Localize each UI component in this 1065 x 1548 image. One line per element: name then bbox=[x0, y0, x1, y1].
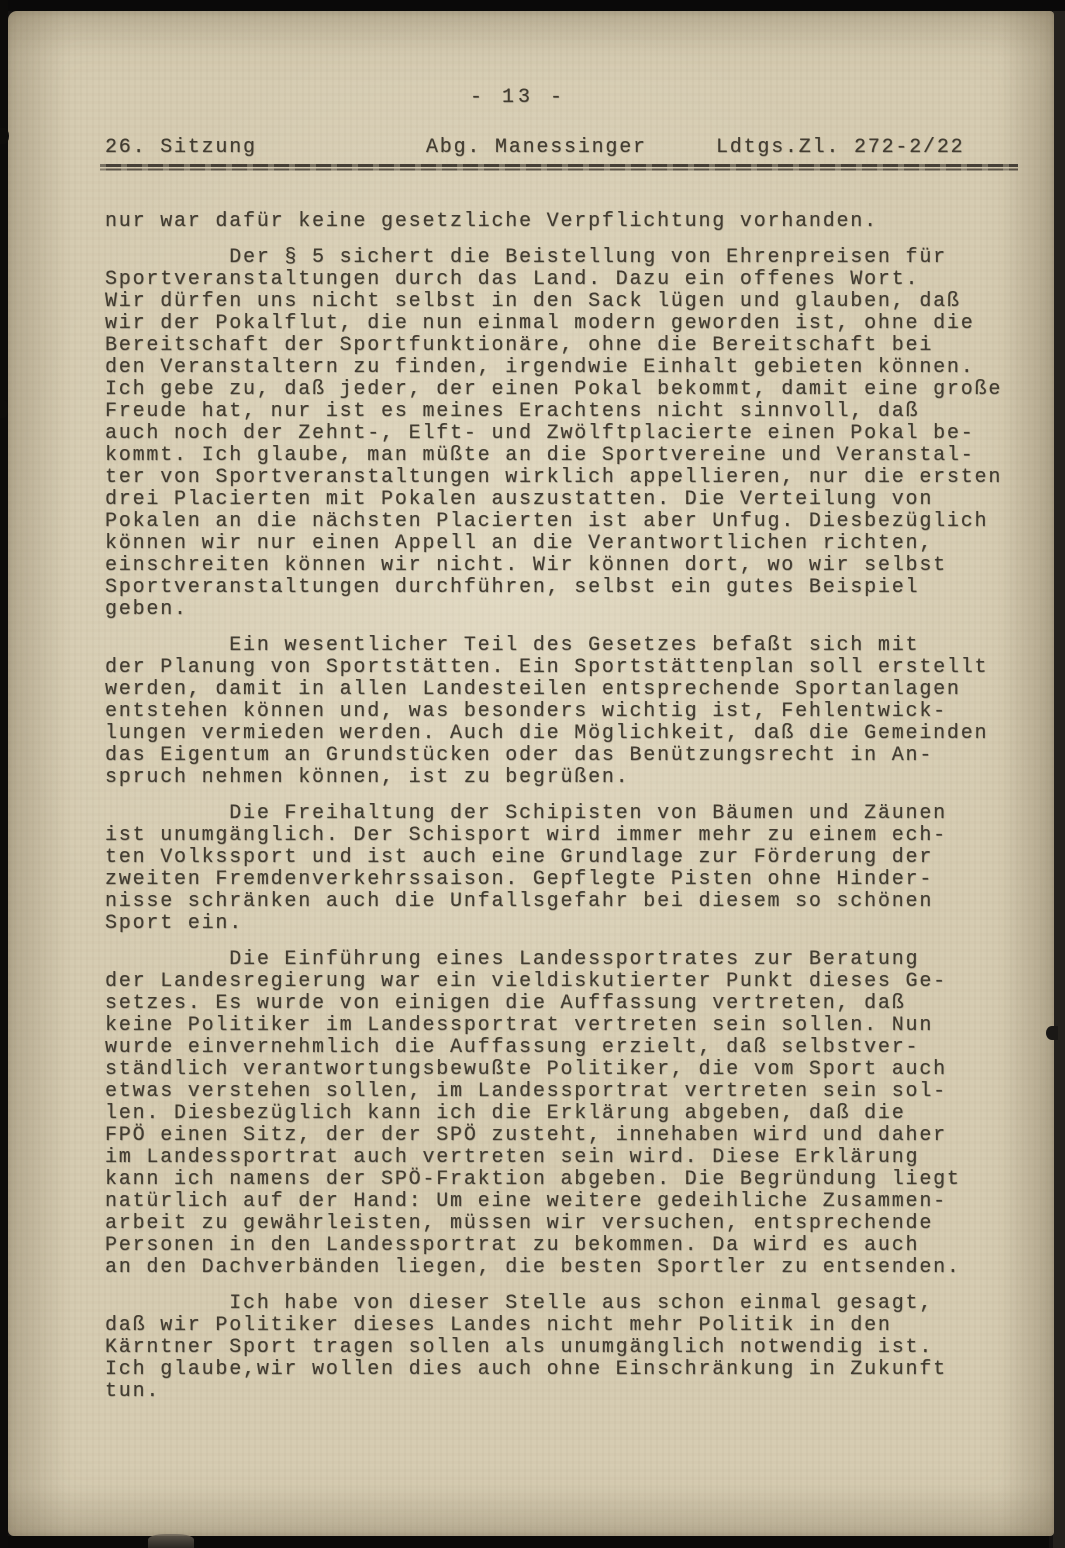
text-line: ist unumgänglich. Der Schisport wird imm… bbox=[105, 825, 1035, 847]
text-line: Der § 5 sichert die Beistellung von Ehre… bbox=[105, 247, 1035, 269]
paragraph: Ich habe von dieser Stelle aus schon ein… bbox=[105, 1293, 1035, 1403]
text-line: Kärntner Sport tragen sollen als unumgän… bbox=[105, 1337, 1035, 1359]
text-line: können wir nur einen Appell an die Veran… bbox=[105, 533, 1035, 555]
text-line: Ich gebe zu, daß jeder, der einen Pokal … bbox=[105, 379, 1035, 401]
text-line: ter von Sportveranstaltungen wirklich ap… bbox=[105, 467, 1035, 489]
text-line: wurde einvernehmlich die Auffassung erzi… bbox=[105, 1037, 1035, 1059]
scan-artifact-left-mid bbox=[0, 400, 8, 418]
text-line: an den Dachverbänden liegen, die besten … bbox=[105, 1257, 1035, 1279]
text-line: geben. bbox=[105, 599, 1035, 621]
text-line: Personen in den Landessportrat zu bekomm… bbox=[105, 1235, 1035, 1257]
session-label: 26. Sitzung bbox=[105, 137, 257, 159]
text-line: daß wir Politiker dieses Landes nicht me… bbox=[105, 1315, 1035, 1337]
text-line: len. Diesbezüglich kann ich die Erklärun… bbox=[105, 1103, 1035, 1125]
text-line: den Veranstaltern zu finden, irgendwie E… bbox=[105, 357, 1035, 379]
text-line: Wir dürfen uns nicht selbst in den Sack … bbox=[105, 291, 1035, 313]
text-line: entstehen können und, was besonders wich… bbox=[105, 701, 1035, 723]
text-line: das Eigentum an Grundstücken oder das Be… bbox=[105, 745, 1035, 767]
text-line: einschreiten können wir nicht. Wir könne… bbox=[105, 555, 1035, 577]
text-line: keine Politiker im Landessportrat vertre… bbox=[105, 1015, 1035, 1037]
text-line: zweiten Fremdenverkehrssaison. Gepflegte… bbox=[105, 869, 1035, 891]
text-line: nisse schränken auch die Unfallsgefahr b… bbox=[105, 891, 1035, 913]
scan-artifact-right bbox=[1046, 1026, 1058, 1040]
text-line: im Landessportrat auch vertreten sein wi… bbox=[105, 1147, 1035, 1169]
speaker-label: Abg. Manessinger bbox=[426, 137, 647, 159]
text-line: Die Freihaltung der Schipisten von Bäume… bbox=[105, 803, 1035, 825]
paper-page: - 13 - 26. Sitzung Abg. Manessinger Ldtg… bbox=[8, 11, 1054, 1536]
text-line: etwas verstehen sollen, im Landessportra… bbox=[105, 1081, 1035, 1103]
paragraph: nur war dafür keine gesetzliche Verpflic… bbox=[105, 211, 1035, 233]
paragraph: Der § 5 sichert die Beistellung von Ehre… bbox=[105, 247, 1035, 621]
paragraph: Die Freihaltung der Schipisten von Bäume… bbox=[105, 803, 1035, 935]
text-line: Sportveranstaltungen durchführen, selbst… bbox=[105, 577, 1035, 599]
text-line: arbeit zu gewährleisten, müssen wir vers… bbox=[105, 1213, 1035, 1235]
header-rule-line bbox=[100, 164, 1018, 171]
text-line: lungen vermieden werden. Auch die Möglic… bbox=[105, 723, 1035, 745]
text-line: FPÖ einen Sitz, der der SPÖ zusteht, inn… bbox=[105, 1125, 1035, 1147]
text-line: nur war dafür keine gesetzliche Verpflic… bbox=[105, 211, 1035, 233]
text-line: wir der Pokalflut, die nun einmal modern… bbox=[105, 313, 1035, 335]
file-reference: Ldtgs.Zl. 272-2/22 bbox=[716, 137, 964, 159]
scan-artifact-left-upper bbox=[0, 128, 9, 144]
text-line: ten Volkssport und ist auch eine Grundla… bbox=[105, 847, 1035, 869]
text-line: kann ich namens der SPÖ-Fraktion abgeben… bbox=[105, 1169, 1035, 1191]
text-line: Die Einführung eines Landessportrates zu… bbox=[105, 949, 1035, 971]
text-line: Bereitschaft der Sportfunktionäre, ohne … bbox=[105, 335, 1035, 357]
text-line: der Planung von Sportstätten. Ein Sports… bbox=[105, 657, 1035, 679]
text-line: ständlich verantwortungsbewußte Politike… bbox=[105, 1059, 1035, 1081]
page-header: 26. Sitzung Abg. Manessinger Ldtgs.Zl. 2… bbox=[8, 137, 1054, 161]
text-line: natürlich auf der Hand: Um eine weitere … bbox=[105, 1191, 1035, 1213]
text-line: Pokalen an die nächsten Placierten ist a… bbox=[105, 511, 1035, 533]
text-line: drei Placierten mit Pokalen auszustatten… bbox=[105, 489, 1035, 511]
text-line: Ein wesentlicher Teil des Gesetzes befaß… bbox=[105, 635, 1035, 657]
text-line: tun. bbox=[105, 1381, 1035, 1403]
text-line: Ich glaube,wir wollen dies auch ohne Ein… bbox=[105, 1359, 1035, 1381]
text-line: Ich habe von dieser Stelle aus schon ein… bbox=[105, 1293, 1035, 1315]
text-line: Sport ein. bbox=[105, 913, 1035, 935]
text-line: Freude hat, nur ist es meines Erachtens … bbox=[105, 401, 1035, 423]
page-number: - 13 - bbox=[470, 87, 566, 109]
text-line: spruch nehmen können, ist zu begrüßen. bbox=[105, 767, 1035, 789]
text-line: der Landesregierung war ein vieldiskutie… bbox=[105, 971, 1035, 993]
document-body: nur war dafür keine gesetzliche Verpflic… bbox=[105, 211, 1035, 1417]
text-line: setzes. Es wurde von einigen die Auffass… bbox=[105, 993, 1035, 1015]
scan-artifact-bottom bbox=[148, 1534, 194, 1548]
paragraph: Ein wesentlicher Teil des Gesetzes befaß… bbox=[105, 635, 1035, 789]
text-line: Sportveranstaltungen durch das Land. Daz… bbox=[105, 269, 1035, 291]
text-line: werden, damit in allen Landesteilen ents… bbox=[105, 679, 1035, 701]
text-line: auch noch der Zehnt-, Elft- und Zwölftpl… bbox=[105, 423, 1035, 445]
text-line: kommt. Ich glaube, man müßte an die Spor… bbox=[105, 445, 1035, 467]
paragraph: Die Einführung eines Landessportrates zu… bbox=[105, 949, 1035, 1279]
